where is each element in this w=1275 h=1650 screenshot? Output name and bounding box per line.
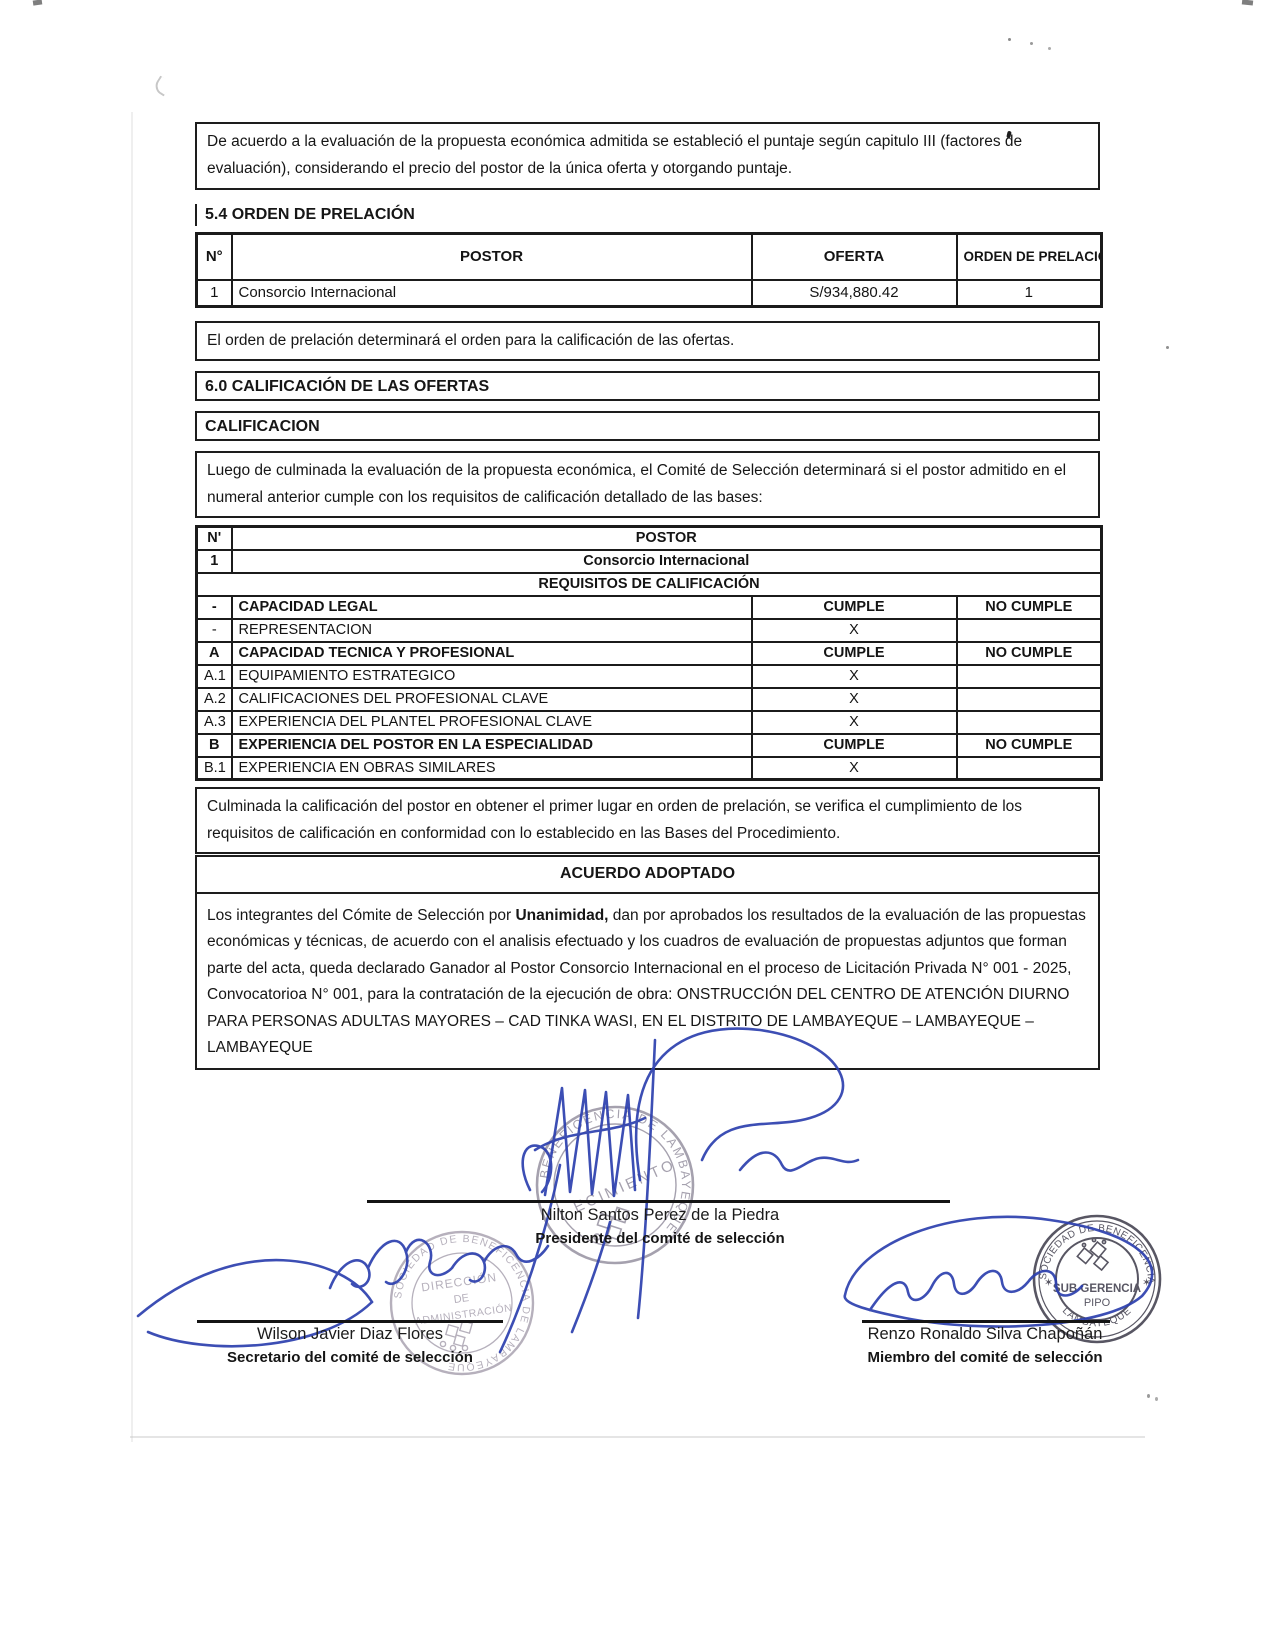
qual-row-representacion: - REPRESENTACION X xyxy=(197,619,1102,642)
qual-num-header: N' xyxy=(197,527,232,550)
row-label: EXPERIENCIA DEL POSTOR EN LA ESPECIALIDA… xyxy=(232,734,752,757)
signer-name-presidente: Nilton Santos Perez de la Piedra xyxy=(460,1206,860,1225)
scan-artifact xyxy=(152,76,172,97)
section-6-0-title: 6.0 CALIFICACIÓN DE LAS OFERTAS xyxy=(195,371,1100,401)
scan-artifact xyxy=(1166,346,1169,349)
row-cumple: X xyxy=(752,688,957,711)
signature-line-presidente xyxy=(367,1200,950,1203)
qual-row-experiencia-plantel: A.3 EXPERIENCIA DEL PLANTEL PROFESIONAL … xyxy=(197,711,1102,734)
qual-header-row: N' POSTOR xyxy=(197,527,1102,550)
row-cumple: CUMPLE xyxy=(752,596,957,619)
cell-orden: 1 xyxy=(957,280,1102,307)
row-code: A.1 xyxy=(197,665,232,688)
signature-line-miembro xyxy=(862,1320,1110,1323)
col-header-postor: POSTOR xyxy=(232,234,752,280)
signer-role-presidente: Presidente del comité de selección xyxy=(460,1230,860,1247)
row-code: - xyxy=(197,596,232,619)
qual-requisitos-row: REQUISITOS DE CALIFICACIÓN xyxy=(197,573,1102,596)
qual-postor-row: 1 Consorcio Internacional xyxy=(197,550,1102,573)
calificacion-label: CALIFICACION xyxy=(195,411,1100,441)
scanned-document-page: De acuerdo a la evaluación de la propues… xyxy=(0,0,1275,1650)
col-header-orden: ORDEN DE PRELACIÓN xyxy=(957,234,1102,280)
signer-role-miembro: Miembro del comité de selección xyxy=(835,1349,1135,1366)
qual-row-experiencia-postor: B EXPERIENCIA DEL POSTOR EN LA ESPECIALI… xyxy=(197,734,1102,757)
row-code: B.1 xyxy=(197,757,232,780)
scan-artifact xyxy=(33,0,43,6)
col-header-numero: N° xyxy=(197,234,232,280)
row-label: CAPACIDAD LEGAL xyxy=(232,596,752,619)
row-cumple: CUMPLE xyxy=(752,734,957,757)
signature-line-secretario xyxy=(197,1320,503,1323)
row-no-cumple: NO CUMPLE xyxy=(957,596,1102,619)
scan-artifact xyxy=(1147,1394,1150,1398)
row-cumple: CUMPLE xyxy=(752,642,957,665)
paragraph-culminada-text: Culminada la calificación del postor en … xyxy=(207,798,1022,842)
paragraph-luego: Luego de culminada la evaluación de la p… xyxy=(195,451,1100,518)
paragraph-evaluation: De acuerdo a la evaluación de la propues… xyxy=(195,122,1100,190)
cell-numero: 1 xyxy=(197,280,232,307)
acuerdo-title: ACUERDO ADOPTADO xyxy=(197,857,1098,894)
prelacion-table: N° POSTOR OFERTA ORDEN DE PRELACIÓN 1 Co… xyxy=(195,232,1103,308)
row-no-cumple xyxy=(957,711,1102,734)
row-no-cumple xyxy=(957,619,1102,642)
qual-postor-name: Consorcio Internacional xyxy=(232,550,1102,573)
row-code: - xyxy=(197,619,232,642)
row-label: REPRESENTACION xyxy=(232,619,752,642)
row-no-cumple: NO CUMPLE xyxy=(957,734,1102,757)
row-label: EQUIPAMIENTO ESTRATEGICO xyxy=(232,665,752,688)
acuerdo-unanimidad: Unanimidad, xyxy=(515,907,608,924)
section-5-4-title: 5.4 ORDEN DE PRELACIÓN xyxy=(195,204,415,226)
col-header-oferta: OFERTA xyxy=(752,234,957,280)
row-no-cumple xyxy=(957,665,1102,688)
qual-postor-header: POSTOR xyxy=(232,527,1102,550)
row-code: A.2 xyxy=(197,688,232,711)
row-code: A.3 xyxy=(197,711,232,734)
row-cumple: X xyxy=(752,711,957,734)
qual-row-equipamiento: A.1 EQUIPAMIENTO ESTRATEGICO X xyxy=(197,665,1102,688)
row-cumple: X xyxy=(752,665,957,688)
row-code: B xyxy=(197,734,232,757)
signer-name-miembro: Renzo Ronaldo Silva Chapoñán xyxy=(830,1325,1140,1344)
scan-artifact xyxy=(1008,38,1011,41)
signature-ink-presidente xyxy=(523,1029,858,1318)
paragraph-orden: El orden de prelación determinará el ord… xyxy=(195,321,1100,361)
row-label: EXPERIENCIA DEL PLANTEL PROFESIONAL CLAV… xyxy=(232,711,752,734)
qual-row-obras-similares: B.1 EXPERIENCIA EN OBRAS SIMILARES X xyxy=(197,757,1102,780)
signature-ink-secretario xyxy=(138,1165,610,1352)
row-label: CAPACIDAD TECNICA Y PROFESIONAL xyxy=(232,642,752,665)
qual-row-calificaciones: A.2 CALIFICACIONES DEL PROFESIONAL CLAVE… xyxy=(197,688,1102,711)
cell-postor: Consorcio Internacional xyxy=(232,280,752,307)
paragraph-luego-text: Luego de culminada la evaluación de la p… xyxy=(207,462,1066,506)
prelacion-header-row: N° POSTOR OFERTA ORDEN DE PRELACIÓN xyxy=(197,234,1102,280)
qual-requisitos-header: REQUISITOS DE CALIFICACIÓN xyxy=(197,573,1102,596)
qualification-table: N' POSTOR 1 Consorcio Internacional REQU… xyxy=(195,525,1103,781)
acuerdo-text-1: Los integrantes del Cómite de Selección … xyxy=(207,907,515,924)
row-no-cumple xyxy=(957,757,1102,780)
qual-row-capacidad-legal: - CAPACIDAD LEGAL CUMPLE NO CUMPLE xyxy=(197,596,1102,619)
paragraph-culminada: Culminada la calificación del postor en … xyxy=(195,787,1100,854)
row-code: A xyxy=(197,642,232,665)
prelacion-data-row: 1 Consorcio Internacional S/934,880.42 1 xyxy=(197,280,1102,307)
row-cumple: X xyxy=(752,619,957,642)
qual-postor-num: 1 xyxy=(197,550,232,573)
row-no-cumple xyxy=(957,688,1102,711)
qual-row-capacidad-tecnica: A CAPACIDAD TECNICA Y PROFESIONAL CUMPLE… xyxy=(197,642,1102,665)
paragraph-orden-text: El orden de prelación determinará el ord… xyxy=(207,332,734,349)
row-no-cumple: NO CUMPLE xyxy=(957,642,1102,665)
scan-artifact xyxy=(130,1436,1145,1438)
row-label: CALIFICACIONES DEL PROFESIONAL CLAVE xyxy=(232,688,752,711)
signer-role-secretario: Secretario del comité de selección xyxy=(185,1349,515,1366)
scan-artifact xyxy=(131,112,133,1442)
signature-ink-miembro xyxy=(845,1217,1152,1327)
cell-oferta: S/934,880.42 xyxy=(752,280,957,307)
signer-name-secretario: Wilson Javier Diaz Flores xyxy=(200,1325,500,1344)
paragraph-evaluation-text: De acuerdo a la evaluación de la propues… xyxy=(207,133,1022,177)
scan-artifact xyxy=(1242,0,1253,6)
row-cumple: X xyxy=(752,757,957,780)
row-label: EXPERIENCIA EN OBRAS SIMILARES xyxy=(232,757,752,780)
